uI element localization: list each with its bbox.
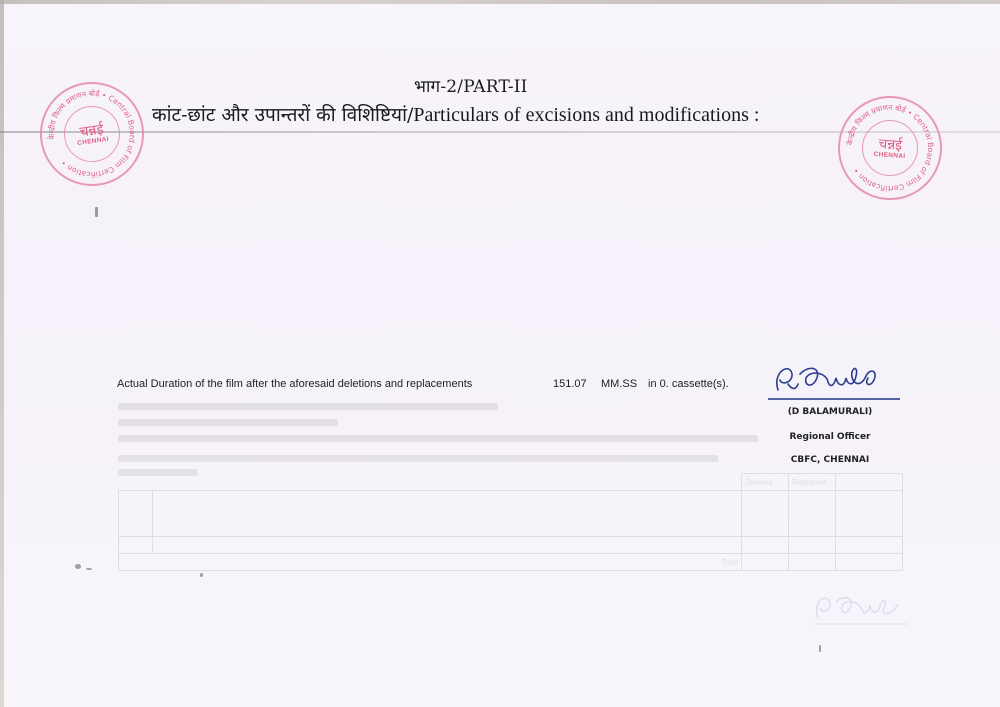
scanned-page: भाग-2/PART-II कांट-छांट और उपान्तरों की … [0, 0, 1000, 707]
scan-speck [819, 645, 821, 652]
duration-cassettes: in 0. cassette(s). [648, 378, 729, 390]
scan-speck [95, 207, 98, 217]
scan-edge-left [0, 0, 4, 707]
ghost-col-deleted: Deleted [742, 474, 789, 491]
scan-speck [86, 568, 92, 570]
signature-line [768, 398, 900, 400]
seal-city-english: CHENNAI [873, 150, 905, 159]
scan-speck [75, 564, 81, 569]
cbfc-seal-stamp-left: केन्द्रीय फिल्म प्रमाणन बोर्ड • Central … [33, 75, 150, 192]
ghost-total-label: Total [119, 554, 742, 571]
cbfc-seal-stamp-right: केन्द्रीय फिल्म प्रमाणन बोर्ड • Central … [834, 92, 945, 203]
duration-label: Actual Duration of the film after the af… [117, 378, 472, 390]
scan-speck [200, 573, 203, 577]
section-title-hindi: कांट-छांट और उपान्तरों की विशिष्टियां/ [152, 104, 413, 126]
section-title-english: Particulars of excisions and modificatio… [413, 104, 759, 126]
ghost-table: Deleted Replaced Total [118, 473, 903, 571]
faded-signature-icon [812, 590, 912, 626]
ghost-col-replaced: Replaced [789, 474, 836, 491]
scan-edge-top [0, 0, 1000, 4]
section-title: कांट-छांट और उपान्तरों की विशिष्टियां/Pa… [152, 101, 759, 127]
signatory-name: (D BALAMURALI) [770, 407, 890, 417]
duration-value: 151.07 [553, 378, 587, 390]
signatory-office: CBFC, CHENNAI [770, 455, 890, 465]
reverse-side-show-through: Deleted Replaced Total [118, 395, 908, 565]
duration-unit: MM.SS [601, 378, 637, 390]
signatory-title: Regional Officer [770, 432, 890, 442]
part-heading: भाग-2/PART-II [414, 74, 528, 97]
signature-icon [770, 360, 900, 400]
